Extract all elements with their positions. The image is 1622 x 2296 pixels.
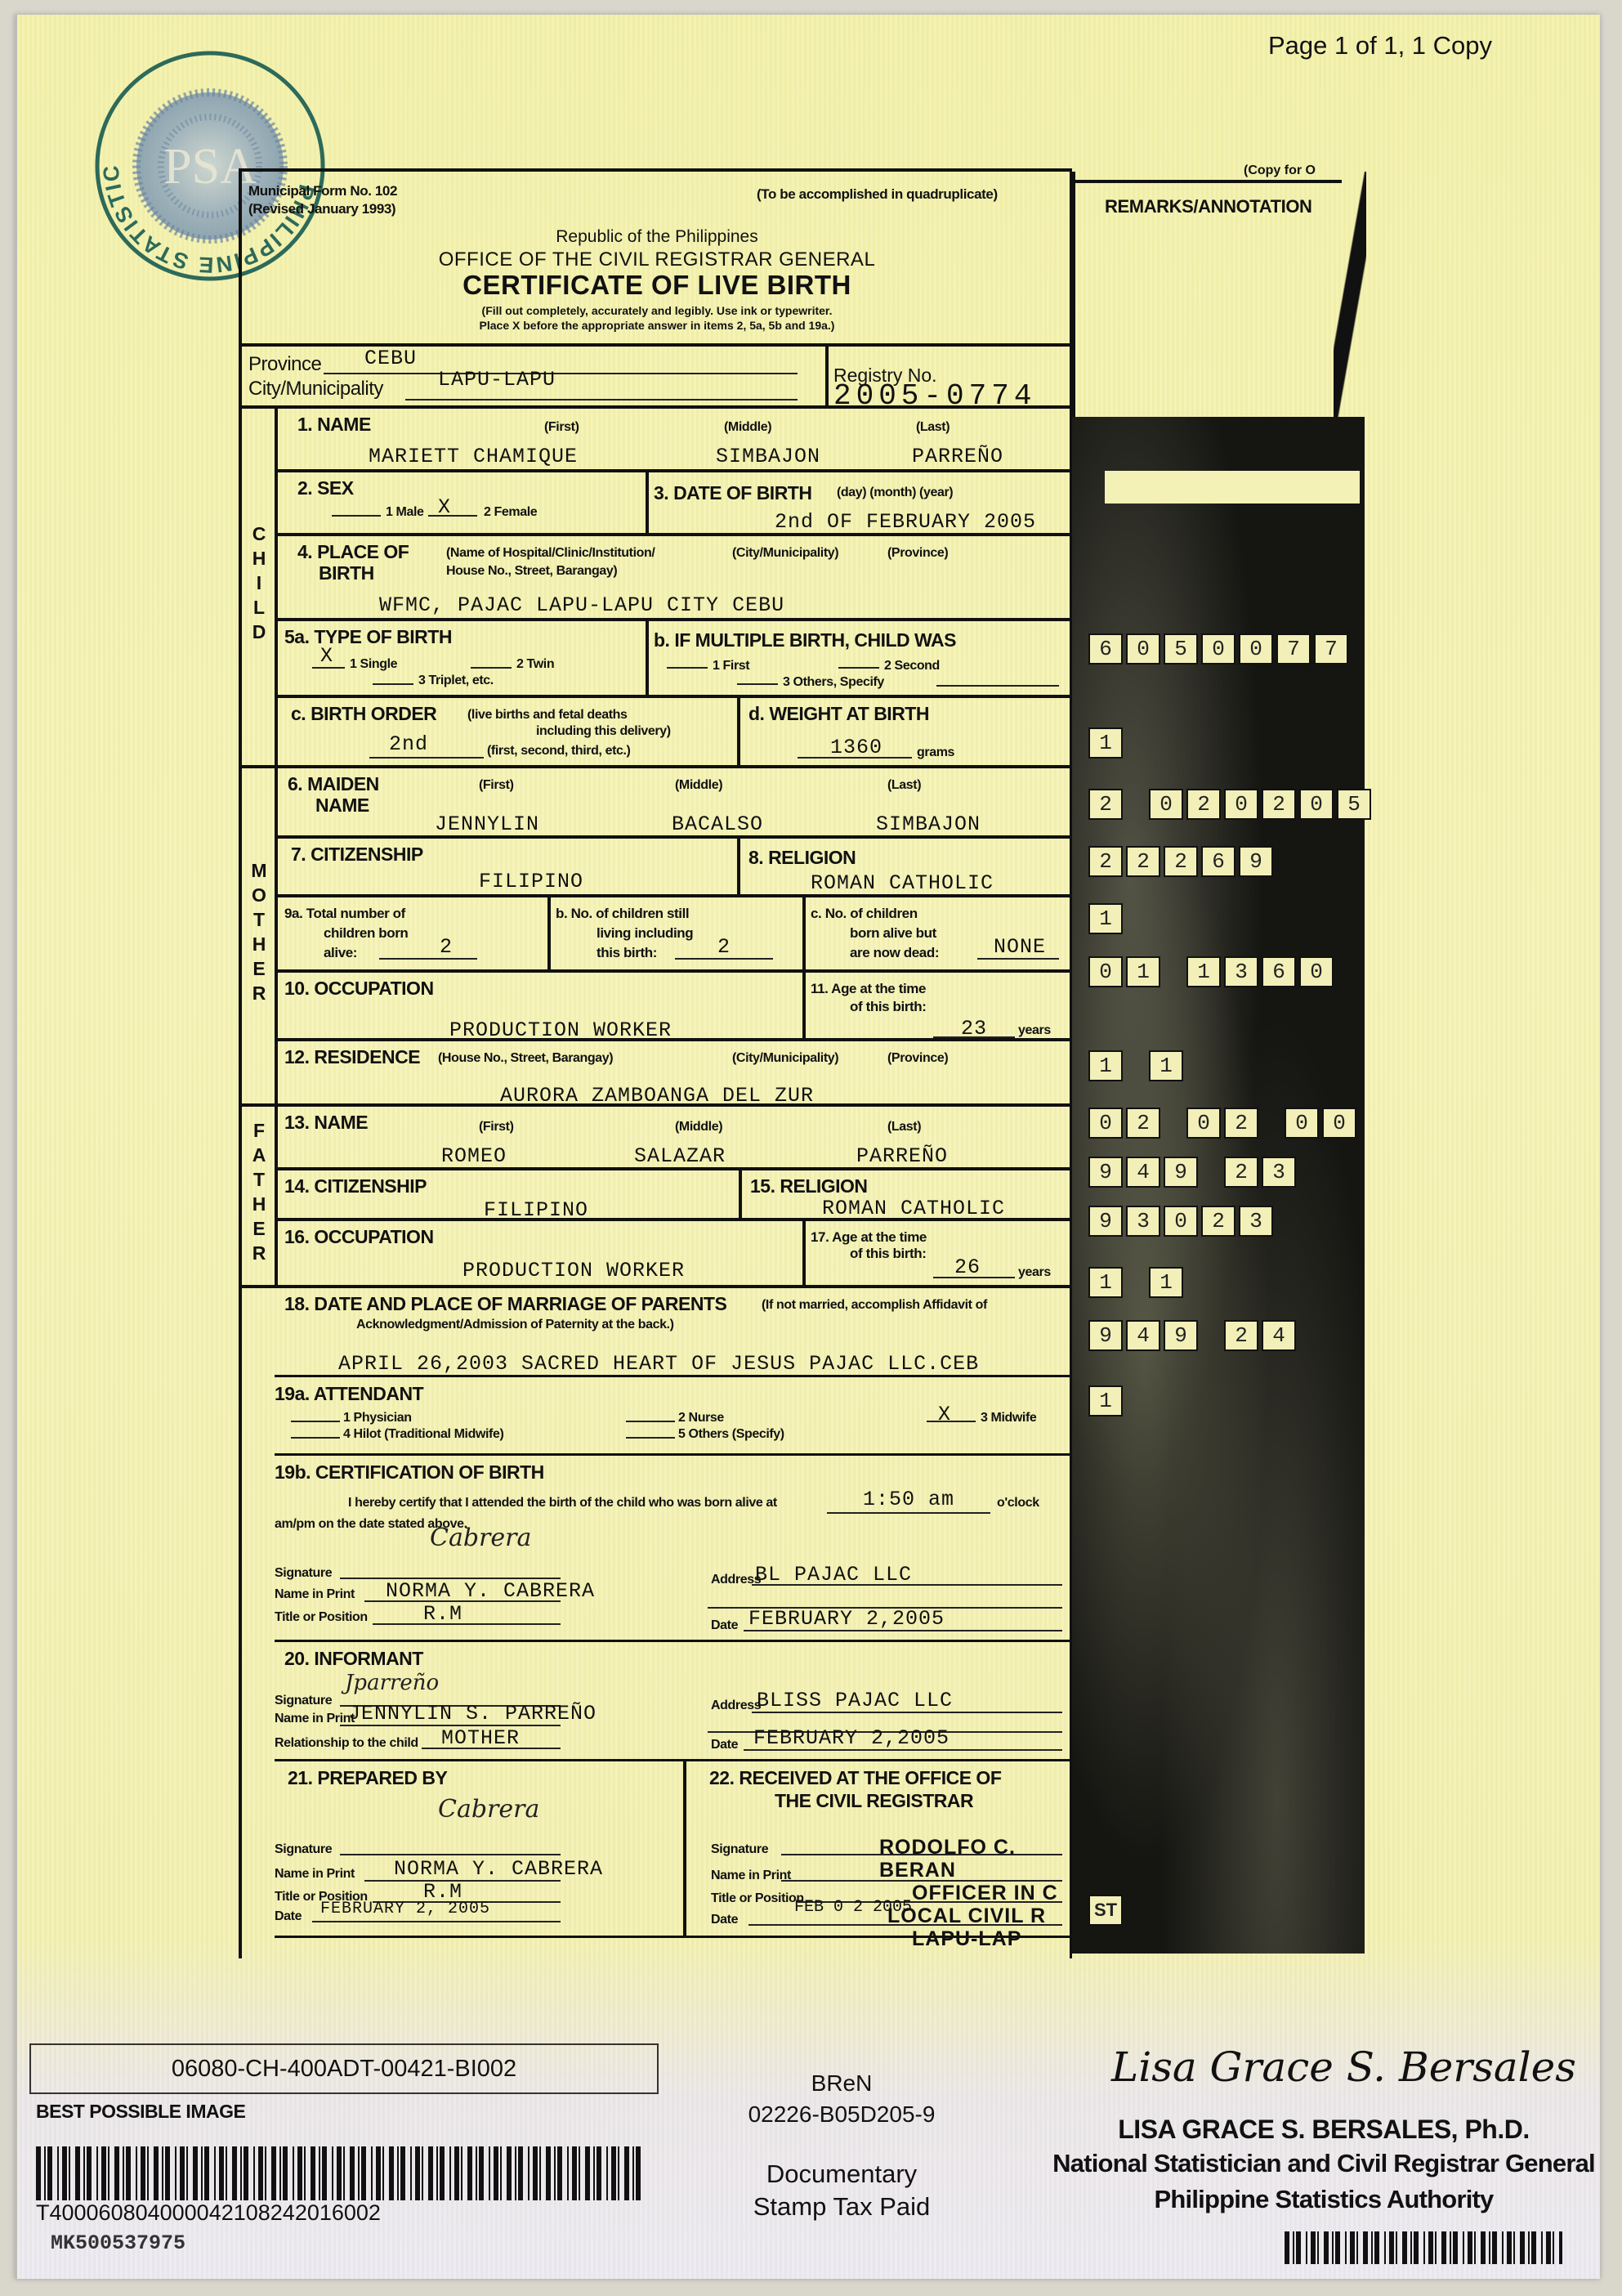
best-possible-image-label: BEST POSSIBLE IMAGE (36, 2101, 245, 2123)
child-name-label: 1. NAME (297, 414, 371, 436)
remarks-code-box: 9 (1239, 846, 1273, 877)
cert-title-value: R.M (423, 1602, 462, 1626)
residence-hint: (House No., Street, Barangay) (438, 1051, 613, 1066)
form-instruction-1: (Fill out completely, accurately and leg… (242, 304, 1072, 317)
remarks-code-box: 1 (1088, 1050, 1123, 1081)
birth-order-hint-3: (first, second, third, etc.) (487, 744, 631, 759)
cert-date-label: Date (711, 1618, 738, 1633)
attendant-signature: Cabrera (430, 1524, 531, 1552)
registrar-stamp-title: OFFICER IN C (912, 1882, 1070, 1904)
bren-number: 02226-B05D205-9 (719, 2099, 964, 2130)
remarks-code-box: 0 (1299, 789, 1334, 820)
remarks-code-box: 0 (1126, 633, 1160, 665)
remarks-code-box: 4 (1126, 1320, 1160, 1351)
child-first-name: MARIETT CHAMIQUE (369, 445, 578, 468)
father-age-value: 26 (954, 1255, 981, 1279)
barcode-icon (36, 2146, 641, 2200)
remarks-code-box: 0 (1164, 1206, 1198, 1237)
cert-signature-label: Signature (275, 1566, 332, 1581)
remarks-code-box: 1 (1088, 1385, 1123, 1417)
remarks-column: (Copy for O REMARKS/ANNOTATION 605007712… (1072, 172, 1365, 1962)
remarks-code-row: 1 (1088, 727, 1123, 759)
middle-hint: (Middle) (724, 420, 771, 435)
page-count: Page 1 of 1, 1 Copy (1268, 31, 1492, 60)
dob-parts-hint: (day) (month) (year) (837, 486, 953, 500)
mother-last-hint: (Last) (887, 778, 921, 793)
dead-children-value: NONE (994, 935, 1046, 959)
sex-male-option: 1 Male (386, 505, 424, 520)
remarks-code-box: 2 (1088, 846, 1123, 877)
type-triplet-option: 3 Triplet, etc. (418, 674, 494, 688)
father-middle-hint: (Middle) (675, 1120, 722, 1135)
remarks-code-box: 0 (1224, 789, 1258, 820)
registrar-stamp-name: RODOLFO C. BERAN (879, 1836, 1070, 1882)
reference-number: 06080-CH-400ADT-00421-BI002 (29, 2043, 659, 2094)
cert-date-value: FEBRUARY 2,2005 (748, 1607, 945, 1631)
registrar-stamp-city: LAPU-LAP (912, 1927, 1070, 1950)
cert-title-label: Title or Position (275, 1610, 368, 1625)
mother-first-hint: (First) (479, 778, 514, 793)
remarks-code-row: 11 (1088, 1050, 1183, 1081)
section-father: FATHER (248, 1118, 270, 1265)
section-child: CHILD (248, 521, 270, 644)
remarks-code-box: 3 (1224, 956, 1258, 987)
father-first-name: ROMEO (441, 1144, 507, 1168)
remarks-code-box: 9 (1088, 1206, 1123, 1237)
stamp-tax-block: Documentary Stamp Tax Paid (719, 2158, 964, 2223)
remarks-code-row: 94923 (1088, 1157, 1296, 1188)
stamp-tax-line-2: Stamp Tax Paid (719, 2191, 964, 2223)
multiple-others-option: 3 Others, Specify (783, 675, 884, 690)
mother-maiden-label: 6. MAIDEN (288, 773, 379, 795)
remarks-code-box: 4 (1126, 1157, 1160, 1188)
weight-label: d. WEIGHT AT BIRTH (748, 703, 929, 725)
father-first-hint: (First) (479, 1120, 514, 1135)
registrar-stamp-office: LOCAL CIVIL R (887, 1904, 1070, 1927)
remarks-code-box: 6 (1262, 956, 1296, 987)
pob-province-hint: (Province) (887, 546, 948, 561)
registrar-stamp: RODOLFO C. BERAN OFFICER IN C LOCAL CIVI… (879, 1836, 1070, 1950)
remarks-code-box: 2 (1126, 846, 1160, 877)
marriage-hint-1: (If not married, accomplish Affidavit of (762, 1298, 987, 1313)
child-middle-name: SIMBAJON (716, 445, 820, 468)
attendant-midwife-option: 3 Midwife (981, 1411, 1036, 1425)
weight-unit: grams (917, 745, 954, 760)
father-age-label-2: of this birth: (850, 1246, 927, 1262)
certificate-title: CERTIFICATE OF LIVE BIRTH (242, 270, 1072, 301)
remarks-code-box: 1 (1088, 1267, 1123, 1298)
remarks-code-row: 22269 (1088, 846, 1273, 877)
province-value: CEBU (364, 347, 417, 370)
registrar-general-block: LISA GRACE S. BERSALES, Ph.D. National S… (1046, 2113, 1602, 2218)
remarks-code-row: 6050077 (1088, 633, 1348, 665)
birth-time-value: 1:50 am (863, 1488, 954, 1511)
remarks-code-box: 0 (1322, 1108, 1356, 1139)
pob-value: WFMC, PAJAC LAPU-LAPU CITY CEBU (379, 593, 784, 617)
barcode-number: T400060804000042108242016002 (36, 2200, 381, 2226)
remarks-code-row: 1 (1088, 903, 1123, 934)
remarks-code-box: 2 (1224, 1108, 1258, 1139)
certification-label: 19b. CERTIFICATION OF BIRTH (275, 1461, 544, 1484)
office-label: OFFICE OF THE CIVIL REGISTRAR GENERAL (242, 248, 1072, 271)
sex-label: 2. SEX (297, 477, 354, 499)
marriage-value: APRIL 26,2003 SACRED HEART OF JESUS PAJA… (338, 1352, 979, 1376)
multiple-first-option: 1 First (713, 659, 749, 674)
remarks-code-row: 11 (1088, 1267, 1183, 1298)
birth-order-hint-2: including this delivery) (536, 724, 671, 739)
informant-date-label: Date (711, 1738, 738, 1752)
remarks-code-box: 2 (1262, 789, 1296, 820)
received-label-2: THE CIVIL REGISTRAR (775, 1790, 973, 1812)
birth-order-label: c. BIRTH ORDER (291, 703, 436, 725)
type-single-mark: X (320, 644, 333, 668)
remarks-code-box: 6 (1088, 633, 1123, 665)
last-hint: (Last) (916, 420, 950, 435)
remarks-code-box: 1 (1186, 956, 1221, 987)
small-barcode-icon (1285, 2231, 1562, 2264)
mother-age-unit: years (1018, 1023, 1051, 1038)
remarks-code-box: 0 (1239, 633, 1273, 665)
mother-first-name: JENNYLIN (435, 812, 539, 836)
attendant-physician-option: 1 Physician (343, 1411, 412, 1425)
remarks-code-box: 1 (1149, 1050, 1183, 1081)
father-age-unit: years (1018, 1265, 1051, 1280)
pob-hint-2: House No., Street, Barangay) (446, 564, 617, 579)
preparer-signature: Cabrera (438, 1795, 539, 1824)
remarks-heading: REMARKS/ANNOTATION (1105, 196, 1312, 217)
father-citizenship-label: 14. CITIZENSHIP (284, 1175, 427, 1197)
mother-maiden-label-2: NAME (315, 794, 369, 817)
residence-label: 12. RESIDENCE (284, 1046, 420, 1068)
remarks-blank-bar (1105, 471, 1360, 504)
official-title: National Statistician and Civil Registra… (1046, 2146, 1602, 2182)
remarks-code-row: 011360 (1088, 956, 1334, 987)
dead-children-label-2: born alive but (850, 925, 936, 942)
father-religion-value: ROMAN CATHOLIC (822, 1197, 1005, 1220)
remarks-code-box: 5 (1164, 633, 1198, 665)
total-children-label-3: alive: (324, 945, 357, 961)
preparer-date-value: FEBRUARY 2, 2005 (320, 1900, 490, 1918)
bren-block: BReN 02226-B05D205-9 (719, 2068, 964, 2130)
remarks-code-box: 0 (1299, 956, 1334, 987)
registrar-general-signature: Lisa Grace S. Bersales (1111, 2043, 1576, 2091)
remarks-code-box: 1 (1126, 956, 1160, 987)
remarks-code-box: 6 (1201, 846, 1235, 877)
father-last-hint: (Last) (887, 1120, 921, 1135)
pob-label: 4. PLACE OF (297, 541, 409, 563)
bren-label: BReN (719, 2068, 964, 2099)
residence-province-hint: (Province) (887, 1051, 948, 1066)
form-instruction-2: Place X before the appropriate answer in… (242, 319, 1072, 332)
remarks-code-row: 020200 (1088, 1108, 1356, 1139)
stamp-tax-line-1: Documentary (719, 2158, 964, 2191)
multiple-birth-label: b. IF MULTIPLE BIRTH, CHILD WAS (654, 629, 956, 651)
received-label: 22. RECEIVED AT THE OFFICE OF (709, 1767, 1001, 1789)
remarks-code-box: 1 (1088, 903, 1123, 934)
living-children-label: b. No. of children still (556, 906, 689, 922)
father-occupation-value: PRODUCTION WORKER (462, 1259, 685, 1282)
republic-label: Republic of the Philippines (242, 227, 1072, 247)
received-name-label: Name in Print (711, 1869, 791, 1883)
pob-label-2: BIRTH (319, 562, 374, 584)
mother-middle-name: BACALSO (672, 812, 763, 836)
preparer-date-label: Date (275, 1909, 302, 1924)
preparer-signature-label: Signature (275, 1842, 332, 1857)
informant-label: 20. INFORMANT (284, 1648, 423, 1670)
remarks-code-box: 9 (1164, 1157, 1198, 1188)
mother-religion-value: ROMAN CATHOLIC (811, 871, 994, 895)
oclock-label: o'clock (997, 1496, 1039, 1511)
remarks-code-box: 9 (1088, 1157, 1123, 1188)
remarks-code-box: 0 (1088, 1108, 1123, 1139)
mother-middle-hint: (Middle) (675, 778, 722, 793)
remarks-code-box: 0 (1186, 1108, 1221, 1139)
first-hint: (First) (544, 420, 579, 435)
remarks-code-box: 0 (1088, 956, 1123, 987)
preparer-name-label: Name in Print (275, 1867, 355, 1882)
remarks-code-row: 94924 (1088, 1320, 1296, 1351)
informant-name-value: JENNYLIN S. PARREÑO (348, 1702, 597, 1725)
mother-last-name: SIMBAJON (876, 812, 981, 836)
marriage-hint-2: Acknowledgment/Admission of Paternity at… (356, 1318, 674, 1332)
official-organization: Philippine Statistics Authority (1046, 2182, 1602, 2218)
mother-age-label-2: of this birth: (850, 999, 927, 1015)
section-mother: MOTHER (248, 858, 270, 1005)
remarks-code-box: 0 (1149, 789, 1183, 820)
attendant-label: 19a. ATTENDANT (275, 1383, 423, 1405)
mother-occupation-label: 10. OCCUPATION (284, 978, 434, 1000)
preparer-name-value: NORMA Y. CABRERA (394, 1857, 603, 1881)
informant-relationship-label: Relationship to the child (275, 1736, 418, 1751)
dob-label: 3. DATE OF BIRTH (654, 482, 811, 504)
remarks-code-row: 1 (1088, 1385, 1123, 1417)
certification-text: I hereby certify that I attended the bir… (348, 1496, 777, 1511)
remarks-code-box: 2 (1224, 1157, 1258, 1188)
cert-address-value: BL PAJAC LLC (755, 1563, 912, 1587)
father-last-name: PARREÑO (856, 1144, 948, 1168)
remarks-code-box: 2 (1088, 789, 1123, 820)
child-last-name: PARREÑO (912, 445, 1003, 468)
type-twin-option: 2 Twin (516, 657, 554, 672)
remarks-st-stamp: ST (1088, 1895, 1123, 1926)
received-date-label: Date (711, 1913, 738, 1927)
birth-order-hint-1: (live births and fetal deaths (467, 708, 628, 723)
prepared-label: 21. PREPARED BY (288, 1767, 447, 1789)
remarks-code-box: 9 (1088, 1320, 1123, 1351)
received-signature-label: Signature (711, 1842, 768, 1857)
city-value: LAPU-LAPU (438, 368, 556, 392)
residence-city-hint: (City/Municipality) (732, 1051, 838, 1066)
living-children-label-3: this birth: (597, 945, 657, 961)
cert-name-value: NORMA Y. CABRERA (386, 1579, 595, 1603)
pob-city-hint: (City/Municipality) (732, 546, 838, 561)
informant-relationship-value: MOTHER (441, 1726, 520, 1750)
cert-name-label: Name in Print (275, 1587, 355, 1602)
birth-order-value: 2nd (389, 732, 428, 756)
remarks-code-box: 3 (1126, 1206, 1160, 1237)
form-number: Municipal Form No. 102 (248, 183, 397, 199)
mother-age-label: 11. Age at the time (811, 981, 926, 997)
remarks-code-box: 9 (1164, 1320, 1198, 1351)
father-age-label: 17. Age at the time (811, 1229, 927, 1246)
mother-citizenship-value: FILIPINO (479, 870, 583, 893)
informant-signature: Jparreño (345, 1671, 439, 1695)
remarks-code-box: 5 (1337, 789, 1371, 820)
type-single-option: 1 Single (350, 657, 397, 672)
informant-signature-label: Signature (275, 1694, 332, 1708)
remarks-code-box: 3 (1262, 1157, 1296, 1188)
remarks-code-box: 2 (1201, 1206, 1235, 1237)
mother-citizenship-label: 7. CITIZENSHIP (291, 844, 423, 866)
remarks-code-row: 2020205 (1088, 789, 1371, 820)
remarks-code-box: 0 (1201, 633, 1235, 665)
total-children-label: 9a. Total number of (284, 906, 405, 922)
living-children-label-2: living including (597, 925, 693, 942)
remarks-code-box: 7 (1276, 633, 1311, 665)
dead-children-label-3: are now dead: (850, 945, 939, 961)
remarks-code-box: 2 (1224, 1320, 1258, 1351)
birth-certificate-form: Municipal Form No. 102 (Revised January … (239, 168, 1072, 1958)
total-children-label-2: children born (324, 925, 408, 942)
attendant-others-option: 5 Others (Specify) (678, 1427, 784, 1442)
official-name: LISA GRACE S. BERSALES, Ph.D. (1046, 2113, 1602, 2146)
copy-for-label: (Copy for O (1244, 163, 1316, 178)
remarks-code-box: 4 (1262, 1320, 1296, 1351)
dob-value: 2nd OF FEBRUARY 2005 (775, 510, 1036, 534)
remarks-code-box: 2 (1186, 789, 1221, 820)
living-children-value: 2 (717, 935, 731, 959)
remarks-code-box: 2 (1126, 1108, 1160, 1139)
attendant-hilot-option: 4 Hilot (Traditional Midwife) (343, 1427, 503, 1442)
mother-religion-label: 8. RELIGION (748, 847, 856, 869)
multiple-second-option: 2 Second (884, 659, 940, 674)
marriage-label: 18. DATE AND PLACE OF MARRIAGE OF PARENT… (284, 1293, 726, 1315)
attendant-nurse-option: 2 Nurse (678, 1411, 724, 1425)
remarks-code-row: 93023 (1088, 1206, 1273, 1237)
father-name-label: 13. NAME (284, 1112, 368, 1134)
attendant-midwife-mark: X (938, 1403, 951, 1426)
remarks-code-box: 1 (1149, 1267, 1183, 1298)
document-edge-shadow (1334, 172, 1366, 417)
remarks-code-box: 2 (1164, 846, 1198, 877)
weight-value: 1360 (830, 736, 882, 759)
remarks-code-box: 7 (1314, 633, 1348, 665)
remarks-code-box: 3 (1239, 1206, 1273, 1237)
province-label: Province (248, 353, 321, 376)
quadruplicate-note: (To be accomplished in quadruplicate) (757, 186, 998, 203)
dead-children-label: c. No. of children (811, 906, 918, 922)
mk-number: MK500537975 (51, 2231, 185, 2255)
father-occupation-label: 16. OCCUPATION (284, 1226, 434, 1248)
pob-hint-1: (Name of Hospital/Clinic/Institution/ (446, 546, 655, 561)
remarks-code-box: 1 (1088, 727, 1123, 759)
sex-female-option: 2 Female (484, 505, 537, 520)
informant-address-value: BLISS PAJAC LLC (757, 1689, 953, 1712)
type-of-birth-label: 5a. TYPE OF BIRTH (284, 626, 452, 648)
form-revised: (Revised January 1993) (248, 201, 395, 217)
received-title-label: Title or Position (711, 1891, 804, 1906)
total-children-value: 2 (440, 935, 453, 959)
father-religion-label: 15. RELIGION (750, 1175, 868, 1197)
city-label: City/Municipality (248, 378, 383, 401)
informant-date-value: FEBRUARY 2,2005 (753, 1726, 950, 1750)
father-middle-name: SALAZAR (634, 1144, 726, 1168)
remarks-code-box: 0 (1285, 1108, 1319, 1139)
